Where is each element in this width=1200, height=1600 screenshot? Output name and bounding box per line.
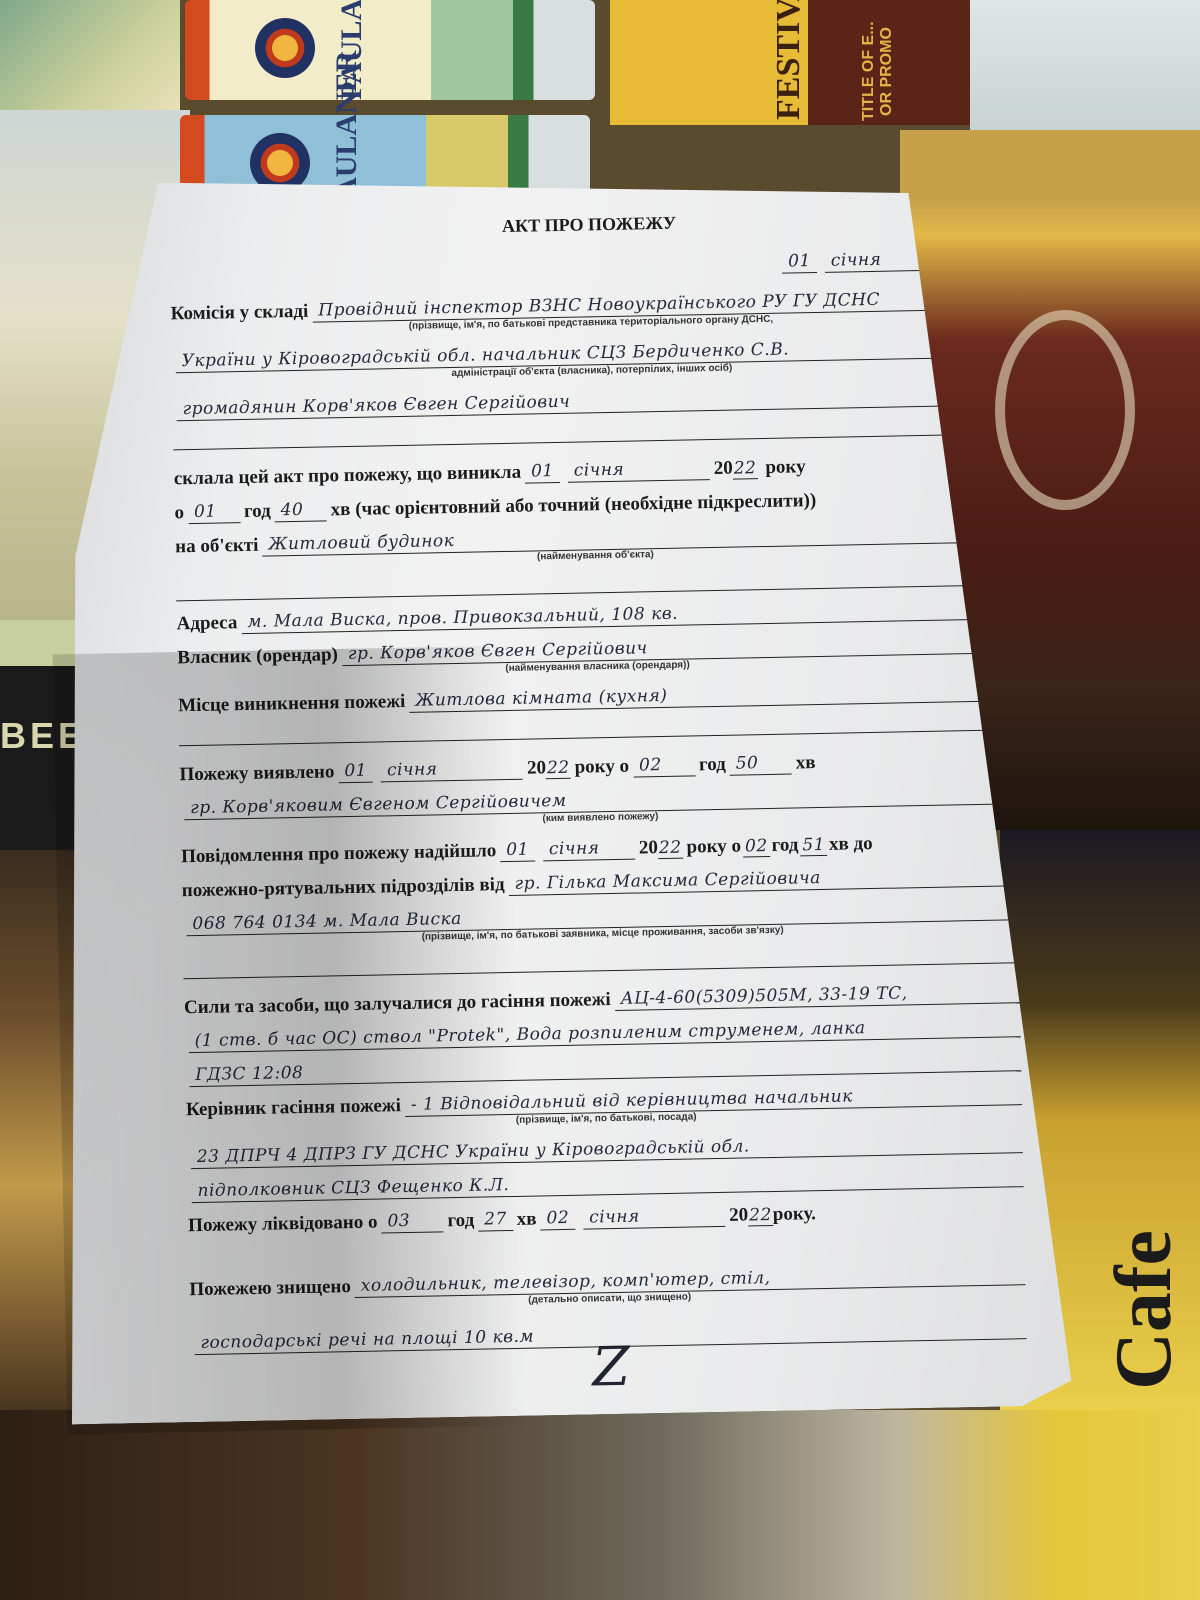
can-logo-icon — [255, 18, 315, 78]
commission-label: Комісія у складі — [170, 301, 308, 326]
detected-label: Пожежу виявлено — [179, 761, 334, 786]
minute-label: хв до — [829, 833, 873, 856]
detected-year: 22 — [546, 758, 571, 779]
background-poster — [0, 0, 180, 110]
destroyed-label: Пожежею знищено — [189, 1276, 351, 1301]
hour-label: год — [699, 754, 726, 777]
address-label: Адреса — [176, 612, 237, 635]
owner-label: Власник (орендар) — [177, 644, 338, 669]
fire-report-form: АКТ ПРО ПОЖЕЖУ 01 січня 20 22 р. Комісія… — [169, 196, 1035, 1552]
report-minute: 51 — [800, 835, 827, 857]
occurred-year: 22 — [733, 458, 758, 479]
year-word: року о — [686, 836, 741, 859]
year-prefix: 20 — [729, 1204, 748, 1226]
year-prefix: 20 — [714, 458, 733, 480]
occurred-minute: 40 — [275, 499, 327, 522]
table-surface — [0, 1410, 1200, 1600]
hour-label: год — [771, 834, 798, 857]
year-word: року о — [574, 756, 629, 779]
poster-text: BEE — [0, 715, 86, 757]
report-day: 01 — [500, 839, 535, 862]
date-day: 01 — [782, 251, 817, 274]
time-prefix: о — [174, 502, 184, 524]
liquidated-label: Пожежу ліквідовано о — [188, 1212, 378, 1238]
detected-day: 01 — [338, 761, 373, 784]
hour-label: год — [447, 1210, 474, 1233]
year-word: року — [765, 456, 806, 479]
year-prefix: 20 — [527, 757, 546, 779]
liquidated-day: 02 — [540, 1208, 575, 1231]
origin-label: Місце виникнення пожежі — [178, 691, 406, 717]
liquidated-hour: 03 — [381, 1210, 443, 1233]
detected-minute: 50 — [730, 753, 792, 776]
object-label: на об'єкті — [175, 535, 259, 559]
poster-text: TITLE OF E... OR PROMO — [860, 14, 896, 129]
minute-label: хв — [796, 752, 816, 774]
occurred-hour: 01 — [188, 501, 240, 524]
hour-label: год — [244, 501, 271, 524]
festival-poster: FESTIVAL TITLE OF E... OR PROMO — [610, 0, 970, 125]
minute-label: хв — [517, 1209, 537, 1231]
occurred-day: 01 — [525, 461, 560, 484]
year-word: року. — [773, 1203, 817, 1226]
beer-can-image: PAULANER — [185, 0, 595, 100]
detected-hour: 02 — [633, 754, 695, 777]
poster-text: FESTIVAL — [770, 0, 808, 120]
report-month: січня — [543, 838, 635, 862]
liquidated-minute: 27 — [478, 1209, 513, 1232]
occurred-month: січня — [568, 458, 710, 483]
report-hour: 02 — [743, 836, 770, 858]
report-year: 22 — [658, 838, 683, 859]
liquidated-month: січня — [583, 1205, 725, 1230]
liquidated-year: 22 — [748, 1205, 773, 1226]
fire-report-sheet: АКТ ПРО ПОЖЕЖУ 01 січня 20 22 р. Комісія… — [48, 166, 1072, 1425]
detected-month: січня — [381, 758, 523, 783]
background-poster — [970, 0, 1200, 130]
mug-handle-shape — [995, 310, 1135, 510]
poster-text: Cafe — [1099, 1230, 1190, 1390]
year-prefix: 20 — [639, 837, 658, 859]
